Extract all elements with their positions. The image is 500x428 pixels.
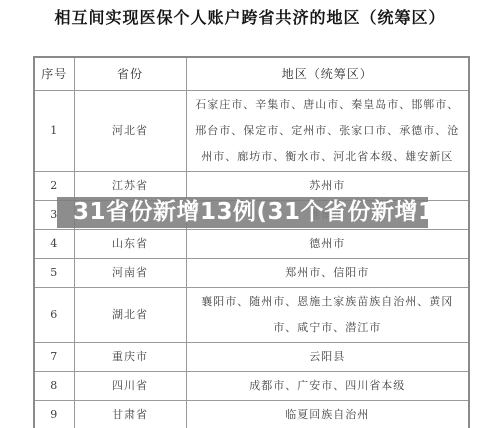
table-header-row: 序号 省份 地区（统筹区） (34, 57, 469, 91)
news-overlay-banner: 31省份新增13例(31个省份新增17) (57, 197, 428, 228)
table-row: 4 山东省 德州市 (34, 230, 469, 259)
regions-cell: 石家庄市、辛集市、唐山市、秦皇岛市、邯郸市、邢台市、保定市、定州市、张家口市、承… (186, 91, 469, 172)
table-row: 9 甘肃省 临夏回族自治州 (34, 401, 469, 428)
regions-cell: 成都市、广安市、四川省本级 (186, 372, 469, 401)
table-row: 7 重庆市 云阳县 (34, 343, 469, 372)
province-cell: 河北省 (74, 91, 186, 172)
row-number-cell: 1 (34, 91, 74, 172)
row-number-cell: 6 (34, 288, 74, 343)
region-table: 序号 省份 地区（统筹区） 1 河北省 石家庄市、辛集市、唐山市、秦皇岛市、邯郸… (33, 56, 470, 428)
table-body: 1 河北省 石家庄市、辛集市、唐山市、秦皇岛市、邯郸市、邢台市、保定市、定州市、… (34, 91, 469, 428)
table-row: 6 湖北省 襄阳市、随州市、恩施土家族苗族自治州、黄冈市、咸宁市、潜江市 (34, 288, 469, 343)
province-cell: 四川省 (74, 372, 186, 401)
province-cell: 湖北省 (74, 288, 186, 343)
row-number-cell: 8 (34, 372, 74, 401)
table-row: 1 河北省 石家庄市、辛集市、唐山市、秦皇岛市、邯郸市、邢台市、保定市、定州市、… (34, 91, 469, 172)
row-number-cell: 9 (34, 401, 74, 428)
regions-cell: 德州市 (186, 230, 469, 259)
province-cell: 山东省 (74, 230, 186, 259)
page-title: 相互间实现医保个人账户跨省共济的地区（统筹区） (0, 5, 500, 28)
row-number-cell: 4 (34, 230, 74, 259)
header-cell-regions: 地区（统筹区） (186, 57, 469, 91)
regions-cell: 临夏回族自治州 (186, 401, 469, 428)
article-screenshot: 相互间实现医保个人账户跨省共济的地区（统筹区） 序号 省份 地区（统筹区） 1 … (0, 0, 500, 428)
province-cell: 甘肃省 (74, 401, 186, 428)
regions-cell: 襄阳市、随州市、恩施土家族苗族自治州、黄冈市、咸宁市、潜江市 (186, 288, 469, 343)
row-number-cell: 5 (34, 259, 74, 288)
table-row: 5 河南省 郑州市、信阳市 (34, 259, 469, 288)
header-cell-province: 省份 (74, 57, 186, 91)
regions-cell: 郑州市、信阳市 (186, 259, 469, 288)
row-number-cell: 7 (34, 343, 74, 372)
province-cell: 重庆市 (74, 343, 186, 372)
regions-cell: 云阳县 (186, 343, 469, 372)
table-row: 8 四川省 成都市、广安市、四川省本级 (34, 372, 469, 401)
header-cell-no: 序号 (34, 57, 74, 91)
province-cell: 河南省 (74, 259, 186, 288)
